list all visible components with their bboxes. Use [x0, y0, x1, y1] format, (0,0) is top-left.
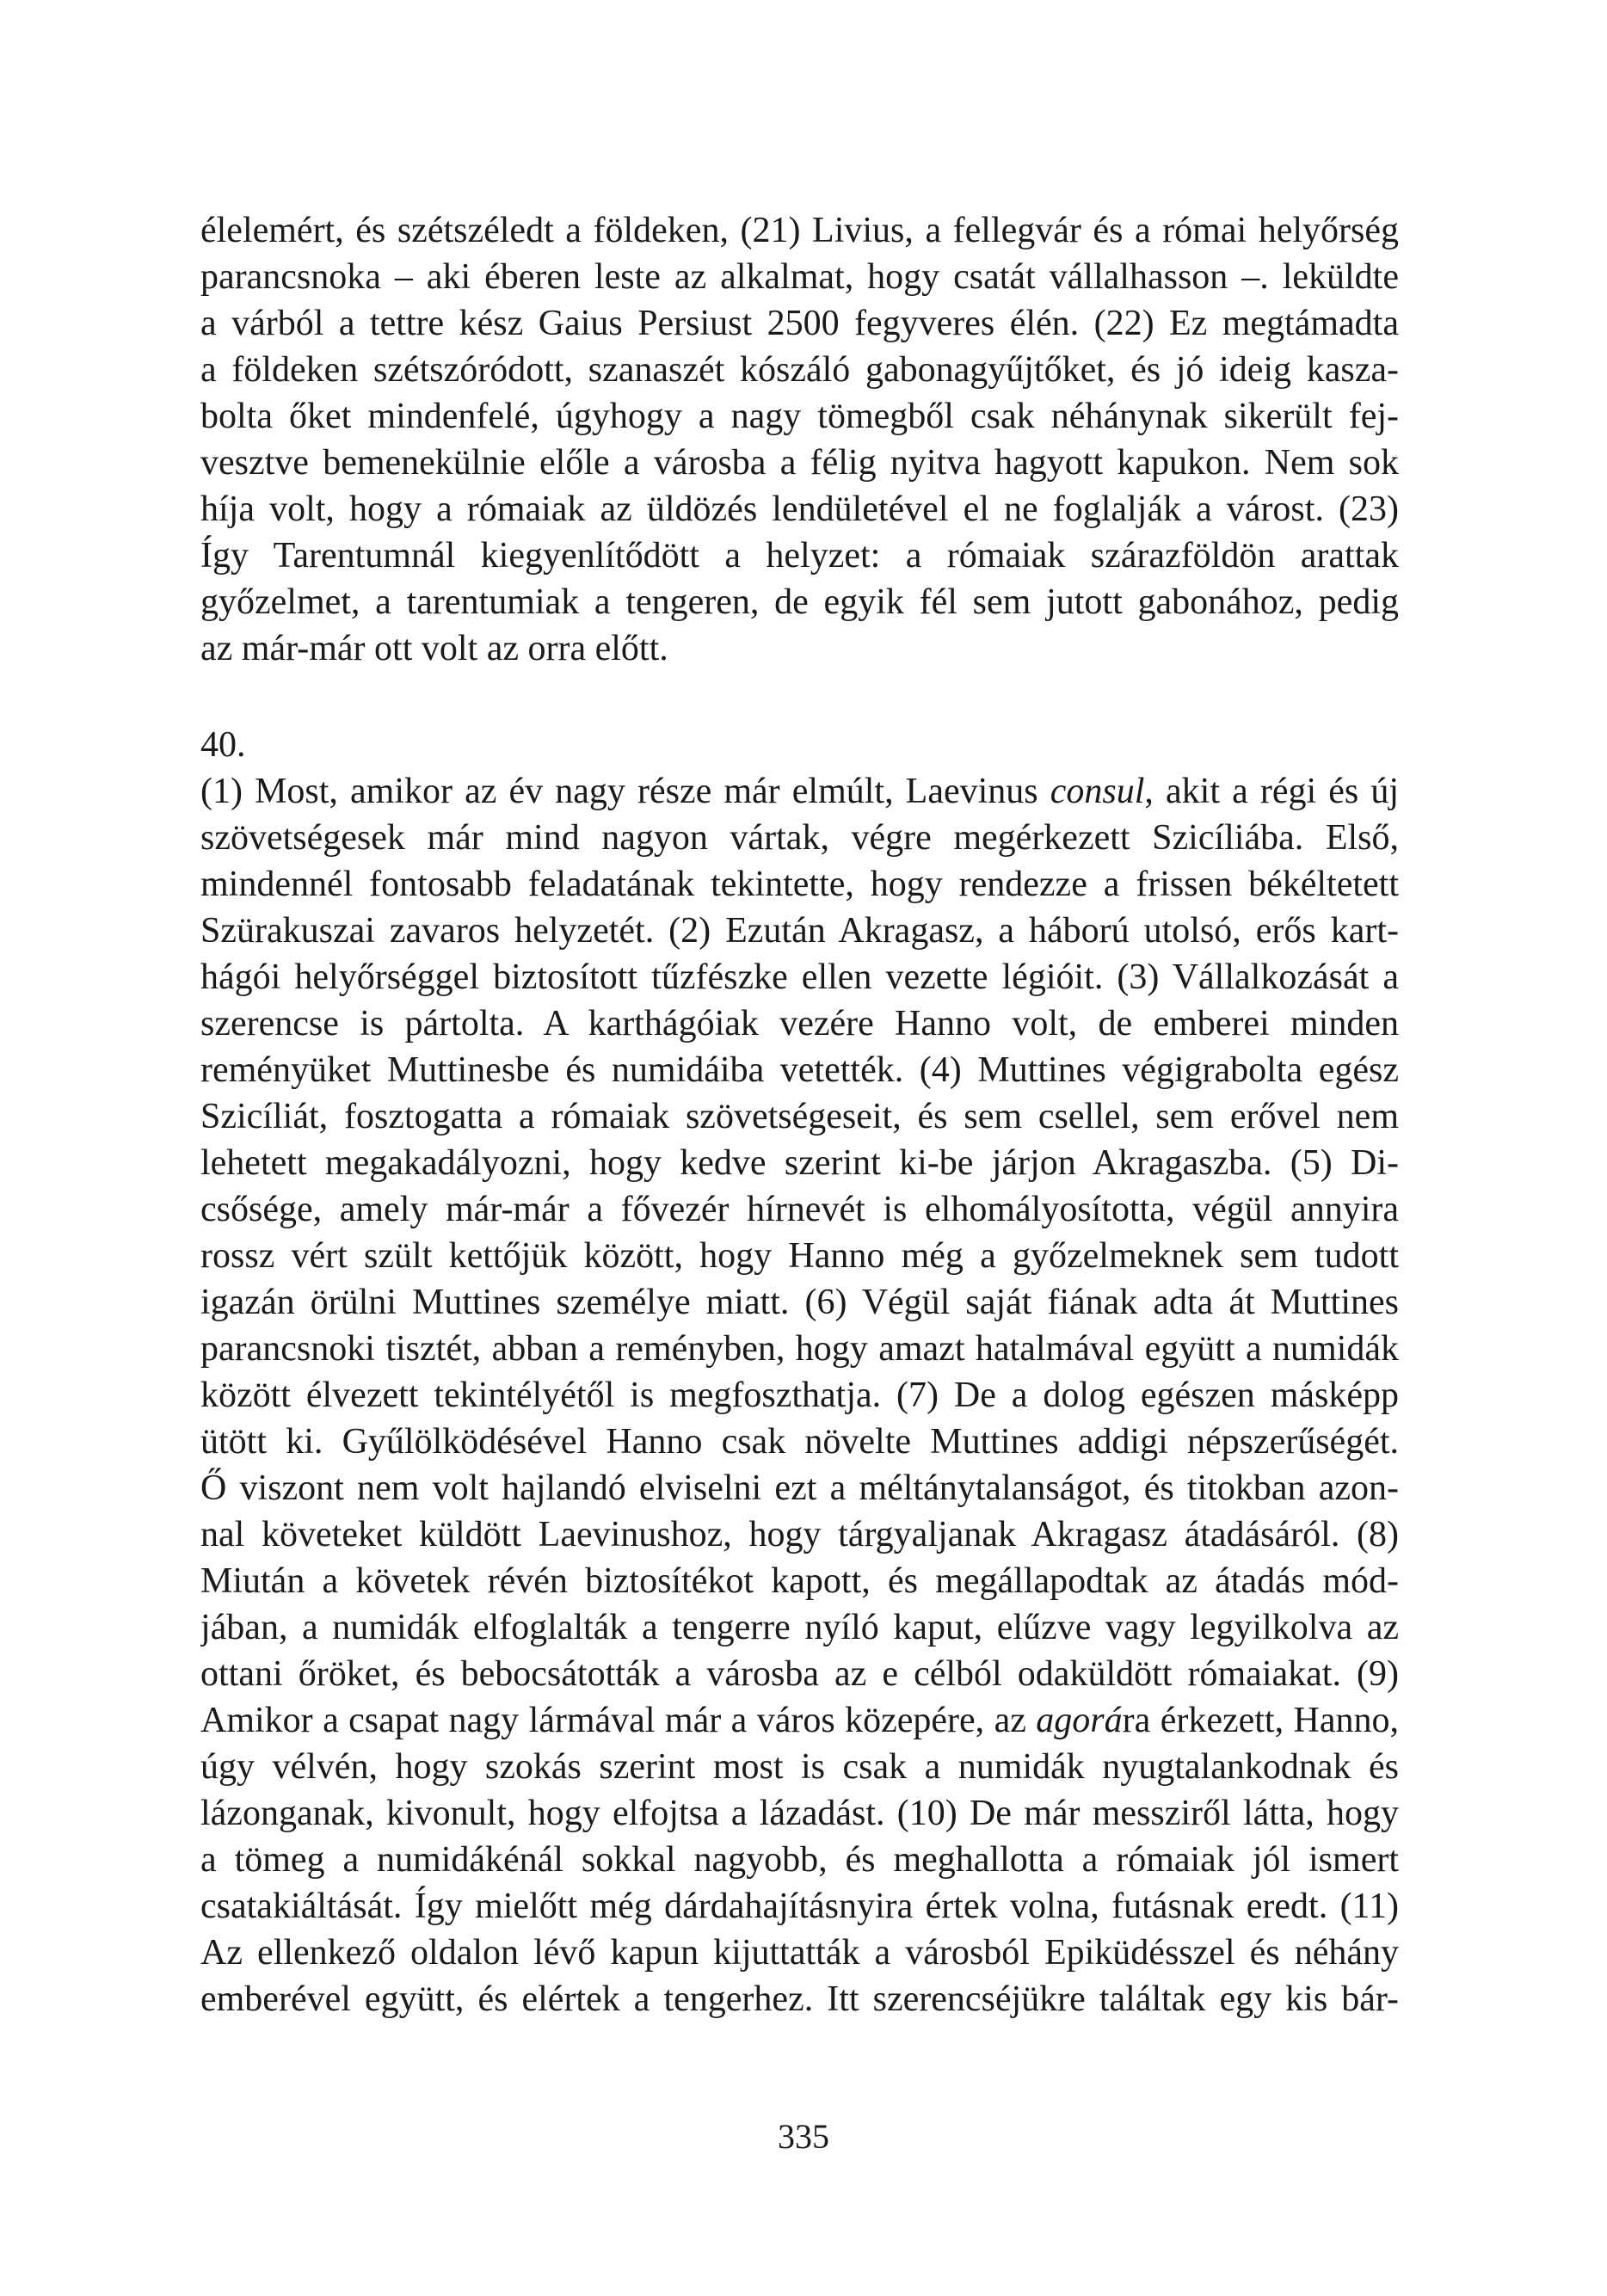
- page-number-text: 335: [778, 2116, 829, 2158]
- text-line: a tömeg a numidákénál sokkal nagyobb, és…: [200, 1837, 1399, 1883]
- section-paragraph: (1) Most, amikor az év nagy része már el…: [200, 768, 1399, 2022]
- text-line: csősége, amely már-már a fővezér hírnevé…: [200, 1186, 1399, 1233]
- text-line: lázonganak, kivonult, hogy elfojtsa a lá…: [200, 1790, 1399, 1837]
- text-line: között élvezett tekintélyétől is megfosz…: [200, 1372, 1399, 1419]
- page-number: 335: [0, 2116, 1607, 2158]
- text-line: úgy vélvén, hogy szokás szerint most is …: [200, 1744, 1399, 1790]
- text-line: az már-már ott volt az orra előtt.: [200, 625, 1399, 672]
- text-line: győzelmet, a tarentumiak a tengeren, de …: [200, 579, 1399, 625]
- text-line: bolta őket mindenfelé, úgyhogy a nagy tö…: [200, 393, 1399, 440]
- text-segment: , akit a régi és új: [1144, 772, 1399, 811]
- book-page: élelemért, és szétszéledt a földeken, (2…: [0, 0, 1607, 2296]
- text-segment: ra érkezett, Hanno,: [1123, 1701, 1399, 1740]
- continuation-paragraph: élelemért, és szétszéledt a földeken, (2…: [200, 207, 1399, 672]
- text-line: emberével együtt, és elértek a tengerhez…: [200, 1976, 1399, 2022]
- text-line: mindennél fontosabb feladatának tekintet…: [200, 861, 1399, 908]
- text-segment: Amikor a csapat nagy lármával már a váro…: [200, 1701, 1036, 1740]
- text-line: a várból a tettre kész Gaius Persiust 25…: [200, 300, 1399, 347]
- text-segment: (1) Most, amikor az év nagy része már el…: [200, 772, 1050, 811]
- text-line: lehetett megakadályozni, hogy kedve szer…: [200, 1140, 1399, 1186]
- italic-term: consul: [1050, 772, 1145, 811]
- text-line: ottani őröket, és bebocsátották a városb…: [200, 1651, 1399, 1697]
- text-line: szerencse is pártolta. A karthágóiak vez…: [200, 1000, 1399, 1047]
- text-line: rossz vért szült kettőjük között, hogy H…: [200, 1233, 1399, 1279]
- text-line: vesztve bemenekülnie előle a városba a f…: [200, 440, 1399, 486]
- text-line: Így Tarentumnál kiegyenlítődött a helyze…: [200, 532, 1399, 579]
- text-line: Szürakuszai zavaros helyzetét. (2) Ezutá…: [200, 908, 1399, 954]
- text-line: parancsnoka – aki éberen leste az alkalm…: [200, 254, 1399, 300]
- text-line: jában, a numidák elfoglalták a tengerre …: [200, 1604, 1399, 1651]
- text-line: hágói helyőrséggel biztosított tűzfészke…: [200, 954, 1399, 1000]
- text-line: csatakiáltását. Így mielőtt még dárdahaj…: [200, 1883, 1399, 1930]
- text-line: híja volt, hogy a rómaiak az üldözés len…: [200, 486, 1399, 532]
- text-line: Amikor a csapat nagy lármával már a váro…: [200, 1697, 1399, 1744]
- text-line: ütött ki. Gyűlölködésével Hanno csak növ…: [200, 1419, 1399, 1465]
- text-line: Szicíliát, fosztogatta a rómaiak szövets…: [200, 1093, 1399, 1140]
- text-line: nal követeket küldött Laevinushoz, hogy …: [200, 1511, 1399, 1558]
- text-line: szövetségesek már mind nagyon vártak, vé…: [200, 815, 1399, 861]
- text-line: (1) Most, amikor az év nagy része már el…: [200, 768, 1399, 815]
- text-line: Az ellenkező oldalon lévő kapun kijuttat…: [200, 1930, 1399, 1976]
- text-line: Ő viszont nem volt hajlandó elviselni ez…: [200, 1465, 1399, 1511]
- text-line: parancsnoki tisztét, abban a reményben, …: [200, 1326, 1399, 1372]
- text-line: a földeken szétszóródott, szanaszét kósz…: [200, 347, 1399, 393]
- italic-term: agorá: [1036, 1701, 1122, 1740]
- section-number: 40.: [200, 722, 246, 768]
- text-line: élelemért, és szétszéledt a földeken, (2…: [200, 207, 1399, 254]
- text-line: igazán örülni Muttines személye miatt. (…: [200, 1279, 1399, 1326]
- text-line: Miután a követek révén biztosítékot kapo…: [200, 1558, 1399, 1604]
- text-line: reményüket Muttinesbe és numidáiba vetet…: [200, 1047, 1399, 1093]
